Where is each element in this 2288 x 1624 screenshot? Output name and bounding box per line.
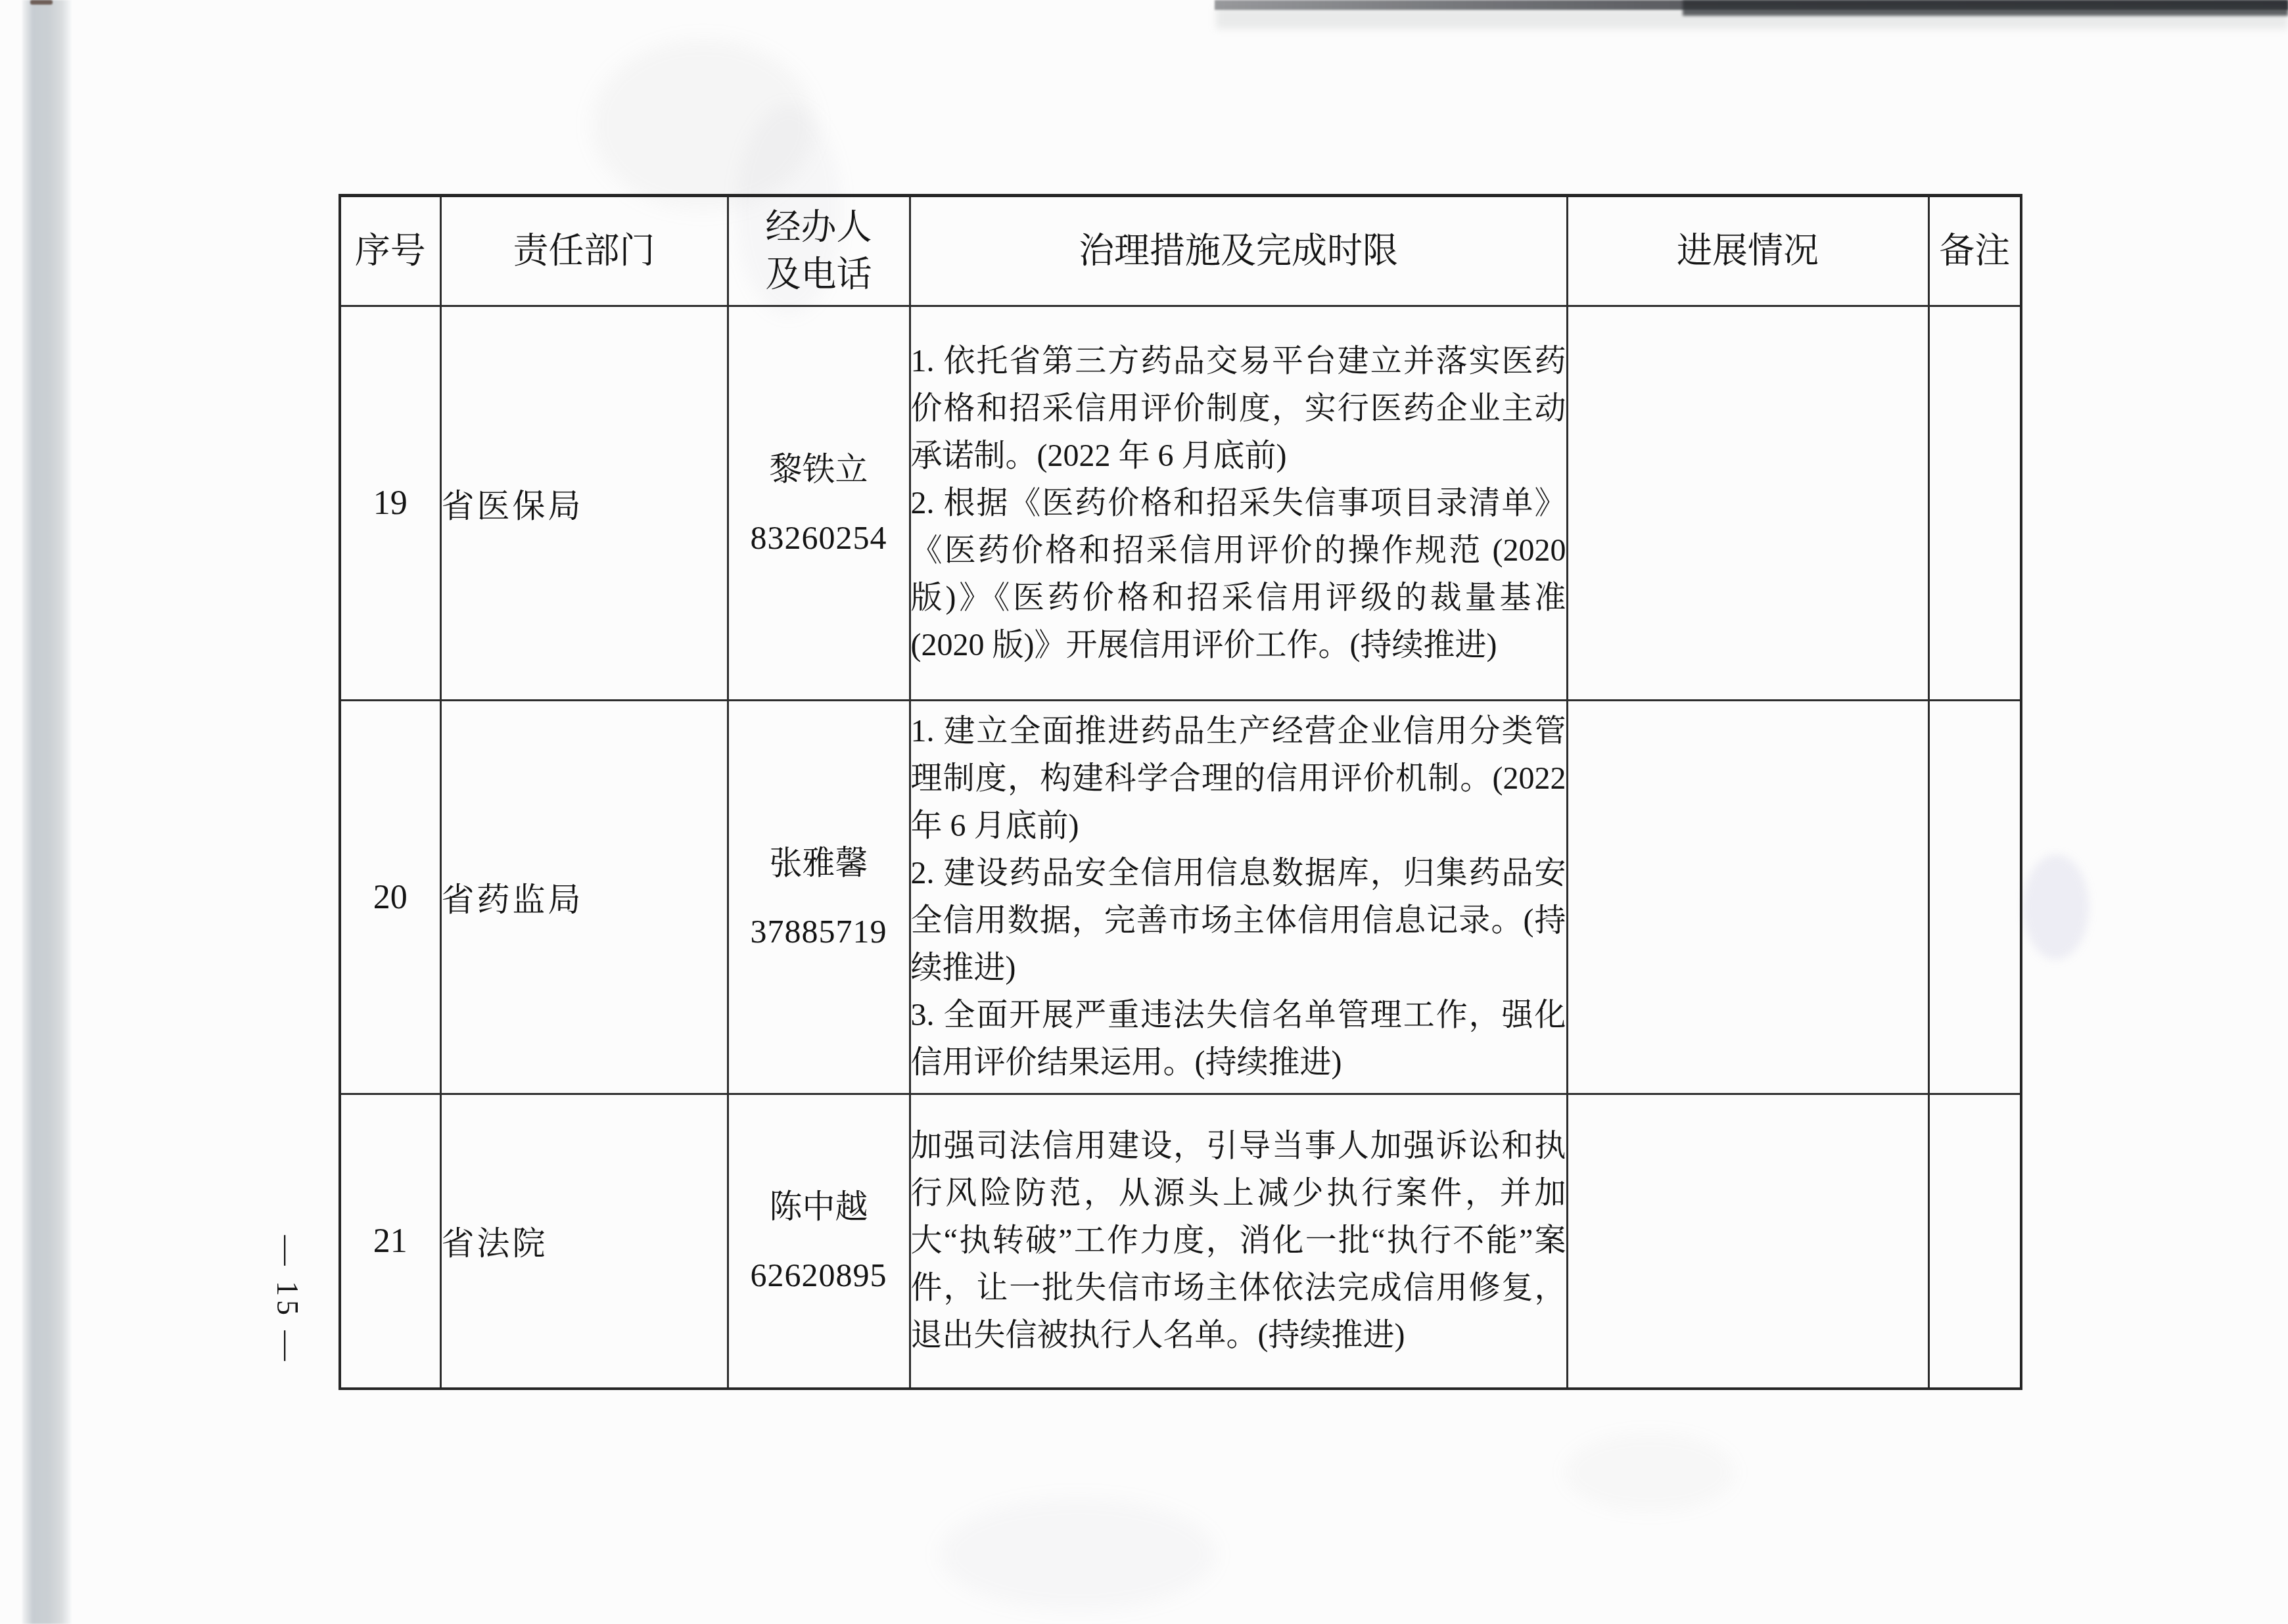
cell-remark bbox=[1928, 701, 2021, 1094]
cell-contact: 黎铁立 83260254 bbox=[728, 306, 910, 701]
header-cell-measures: 治理措施及完成时限 bbox=[910, 196, 1567, 306]
header-cell-department: 责任部门 bbox=[440, 196, 728, 306]
scan-smudge bbox=[1564, 1433, 1735, 1512]
cell-progress bbox=[1567, 306, 1928, 701]
header-cell-no: 序号 bbox=[340, 196, 440, 306]
contact-name: 张雅馨 bbox=[729, 829, 909, 897]
responsibility-table: 序号 责任部门 经办人 及电话 治理措施及完成时限 进展情况 备注 19 省医保… bbox=[339, 194, 2022, 1390]
cell-no: 20 bbox=[340, 701, 440, 1094]
table-row: 19 省医保局 黎铁立 83260254 1. 依托省第三方药品交易平台建立并落… bbox=[340, 306, 2021, 701]
cell-measures: 加强司法信用建设，引导当事人加强诉讼和执行风险防范，从源头上减少执行案件，并加大… bbox=[910, 1094, 1567, 1389]
measure-item: 1. 建立全面推进药品生产经营企业信用分类管理制度，构建科学合理的信用评价机制。… bbox=[911, 708, 1566, 850]
contact-phone: 62620895 bbox=[729, 1241, 909, 1309]
measure-item: 3. 全面开展严重违法失信名单管理工作，强化信用评价结果运用。(持续推进) bbox=[911, 992, 1566, 1086]
table-header-row: 序号 责任部门 经办人 及电话 治理措施及完成时限 进展情况 备注 bbox=[340, 196, 2021, 306]
scan-smudge bbox=[2023, 854, 2089, 960]
header-cell-remark: 备注 bbox=[1928, 196, 2021, 306]
cell-department: 省医保局 bbox=[440, 306, 728, 701]
cell-no: 21 bbox=[340, 1094, 440, 1389]
header-contact-label: 经办人 及电话 bbox=[729, 204, 909, 298]
cell-no: 19 bbox=[340, 306, 440, 701]
measure-item: 2. 根据《医药价格和招采失信事项目录清单》《医药价格和招采信用评价的操作规范 … bbox=[911, 480, 1566, 669]
cell-measures: 1. 建立全面推进药品生产经营企业信用分类管理制度，构建科学合理的信用评价机制。… bbox=[910, 701, 1567, 1094]
measure-item: 加强司法信用建设，引导当事人加强诉讼和执行风险防范，从源头上减少执行案件，并加大… bbox=[911, 1123, 1566, 1359]
scan-binding-shadow bbox=[22, 0, 71, 1624]
header-cell-progress: 进展情况 bbox=[1567, 196, 1928, 306]
scan-edge-mark bbox=[30, 0, 53, 5]
table-row: 20 省药监局 张雅馨 37885719 1. 建立全面推进药品生产经营企业信用… bbox=[340, 701, 2021, 1094]
cell-progress bbox=[1567, 1094, 1928, 1389]
page-number: — 15 — bbox=[271, 1220, 305, 1380]
scan-smudge bbox=[940, 1498, 1216, 1610]
cell-department: 省药监局 bbox=[440, 701, 728, 1094]
cell-contact: 陈中越 62620895 bbox=[728, 1094, 910, 1389]
contact-phone: 83260254 bbox=[729, 503, 909, 572]
contact-name: 陈中越 bbox=[729, 1172, 909, 1241]
cell-measures: 1. 依托省第三方药品交易平台建立并落实医药价格和招采信用评价制度，实行医药企业… bbox=[910, 306, 1567, 701]
cell-remark bbox=[1928, 1094, 2021, 1389]
cell-remark bbox=[1928, 306, 2021, 701]
contact-phone: 37885719 bbox=[729, 897, 909, 965]
measure-item: 1. 依托省第三方药品交易平台建立并落实医药价格和招采信用评价制度，实行医药企业… bbox=[911, 338, 1566, 480]
cell-department: 省法院 bbox=[440, 1094, 728, 1389]
cell-progress bbox=[1567, 701, 1928, 1094]
header-cell-contact: 经办人 及电话 bbox=[728, 196, 910, 306]
table-row: 21 省法院 陈中越 62620895 加强司法信用建设，引导当事人加强诉讼和执… bbox=[340, 1094, 2021, 1389]
measure-item: 2. 建设药品安全信用信息数据库，归集药品安全信用数据，完善市场主体信用信息记录… bbox=[911, 850, 1566, 992]
cell-contact: 张雅馨 37885719 bbox=[728, 701, 910, 1094]
contact-name: 黎铁立 bbox=[729, 435, 909, 503]
scan-top-edge-shadow bbox=[1216, 7, 2288, 29]
